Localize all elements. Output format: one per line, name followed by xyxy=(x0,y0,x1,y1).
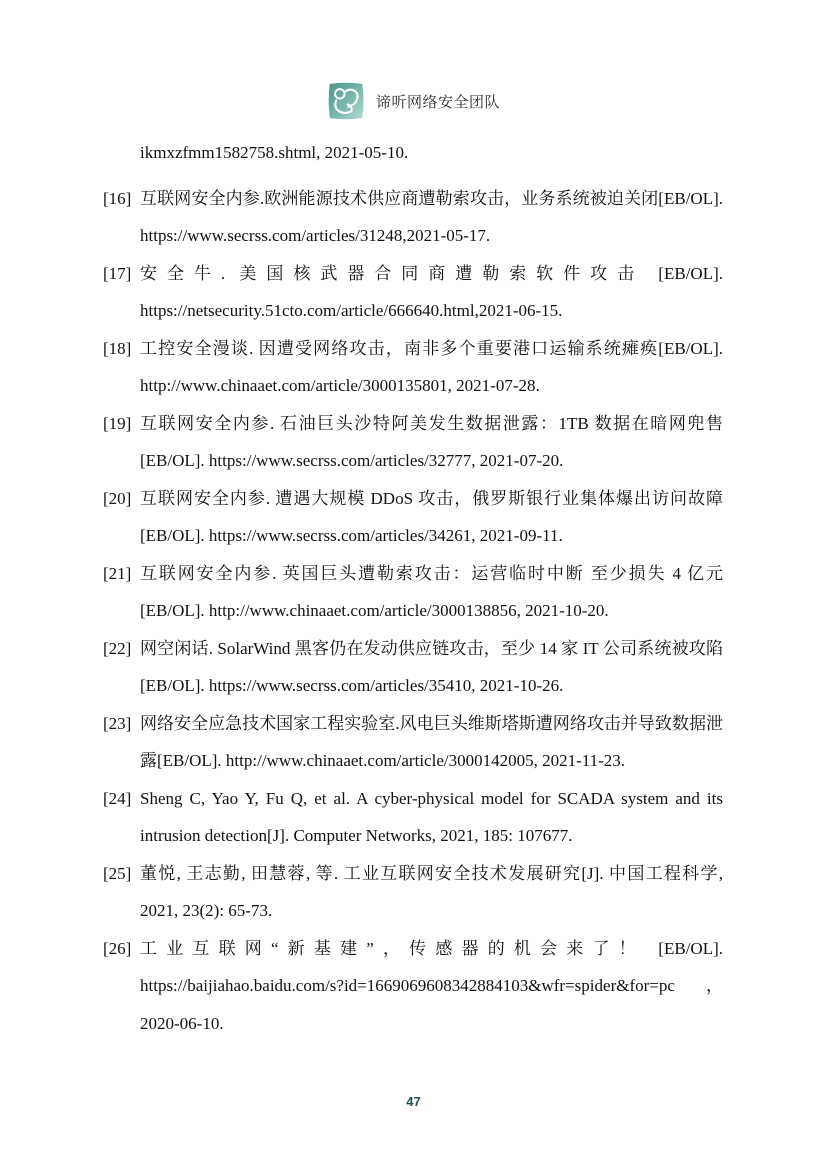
reference-item: [19] 互联网安全内参. 石油巨头沙特阿美发生数据泄露：1TB 数据在暗网兜售… xyxy=(103,405,723,480)
reference-text: 网空闲话. SolarWind 黑客仍在发动供应链攻击，至少 14 家 IT 公… xyxy=(140,630,723,705)
reference-item: [25] 董悦, 王志勤, 田慧蓉, 等. 工业互联网安全技术发展研究[J]. … xyxy=(103,855,723,930)
ditting-seal-logo-icon xyxy=(327,82,365,120)
team-name-label: 谛听网络安全团队 xyxy=(376,91,500,112)
reference-number: [17] xyxy=(103,255,140,293)
reference-number: [23] xyxy=(103,705,140,743)
reference-number: [21] xyxy=(103,555,140,593)
reference-text: 互联网安全内参. 英国巨头遭勒索攻击：运营临时中断 至少损失 4 亿元[EB/O… xyxy=(140,555,723,630)
reference-text: 工业互联网“新基建”，传感器的机会来了！ [EB/OL]. https://ba… xyxy=(140,930,723,1043)
reference-item: [26] 工业互联网“新基建”，传感器的机会来了！ [EB/OL]. https… xyxy=(103,930,723,1043)
reference-text: 安全牛. 美国核武器合同商遭勒索软件攻击 [EB/OL]. https://ne… xyxy=(140,255,723,330)
reference-list: [16] 互联网安全内参.欧洲能源技术供应商遭勒索攻击，业务系统被迫关闭[EB/… xyxy=(103,180,723,1043)
reference-number: [22] xyxy=(103,630,140,668)
reference-text: 互联网安全内参. 石油巨头沙特阿美发生数据泄露：1TB 数据在暗网兜售[EB/O… xyxy=(140,405,723,480)
reference-text: Sheng C, Yao Y, Fu Q, et al. A cyber-phy… xyxy=(140,780,723,855)
document-page: 谛听网络安全团队 ikmxzfmm1582758.shtml, 2021-05-… xyxy=(0,0,827,1170)
reference-item: [16] 互联网安全内参.欧洲能源技术供应商遭勒索攻击，业务系统被迫关闭[EB/… xyxy=(103,180,723,255)
reference-item: [23] 网络安全应急技术国家工程实验室.风电巨头维斯塔斯遭网络攻击并导致数据泄… xyxy=(103,705,723,780)
reference-number: [25] xyxy=(103,855,140,893)
reference-number: [19] xyxy=(103,405,140,443)
page-header: 谛听网络安全团队 xyxy=(0,82,827,120)
reference-number: [16] xyxy=(103,180,140,218)
reference-item: [18] 工控安全漫谈. 因遭受网络攻击，南非多个重要港口运输系统瘫痪[EB/O… xyxy=(103,330,723,405)
page-number: 47 xyxy=(406,1094,420,1109)
reference-number: [24] xyxy=(103,780,140,818)
reference-number: [18] xyxy=(103,330,140,368)
reference-continuation-line: ikmxzfmm1582758.shtml, 2021-05-10. xyxy=(103,134,723,172)
reference-text: 互联网安全内参.欧洲能源技术供应商遭勒索攻击，业务系统被迫关闭[EB/OL]. … xyxy=(140,180,723,255)
page-footer: 47 xyxy=(0,1093,827,1111)
reference-text: 工控安全漫谈. 因遭受网络攻击，南非多个重要港口运输系统瘫痪[EB/OL]. h… xyxy=(140,330,723,405)
reference-text: 互联网安全内参. 遭遇大规模 DDoS 攻击，俄罗斯银行业集体爆出访问故障[EB… xyxy=(140,480,723,555)
reference-text: 网络安全应急技术国家工程实验室.风电巨头维斯塔斯遭网络攻击并导致数据泄露[EB/… xyxy=(140,705,723,780)
reference-item: [20] 互联网安全内参. 遭遇大规模 DDoS 攻击，俄罗斯银行业集体爆出访问… xyxy=(103,480,723,555)
reference-item: [17] 安全牛. 美国核武器合同商遭勒索软件攻击 [EB/OL]. https… xyxy=(103,255,723,330)
references-section: ikmxzfmm1582758.shtml, 2021-05-10. [16] … xyxy=(103,134,723,1042)
reference-number: [26] xyxy=(103,930,140,968)
reference-number: [20] xyxy=(103,480,140,518)
reference-item: [21] 互联网安全内参. 英国巨头遭勒索攻击：运营临时中断 至少损失 4 亿元… xyxy=(103,555,723,630)
reference-text: 董悦, 王志勤, 田慧蓉, 等. 工业互联网安全技术发展研究[J]. 中国工程科… xyxy=(140,855,723,930)
reference-item: [22] 网空闲话. SolarWind 黑客仍在发动供应链攻击，至少 14 家… xyxy=(103,630,723,705)
reference-item: [24] Sheng C, Yao Y, Fu Q, et al. A cybe… xyxy=(103,780,723,855)
